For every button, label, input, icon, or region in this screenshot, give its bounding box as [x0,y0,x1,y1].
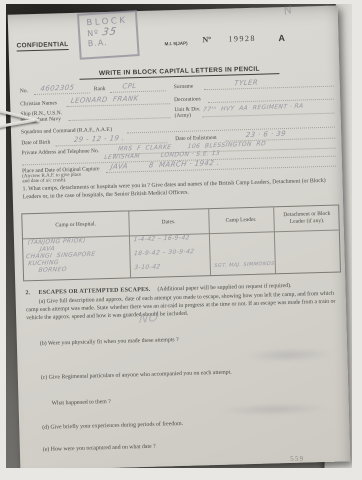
date-of-birth-value: 29 - 12 - 19 . [73,135,125,144]
date-of-enlistment-value: 23 · 6 · 39 [245,131,286,139]
table-header-camp: Camp or Hospital. [23,220,129,230]
photograph-of-pow-form: BLOCK Nº 35 B.A. CONFIDENTIAL M.I. 9(JAP… [0,0,362,480]
block-stamp: BLOCK Nº 35 B.A. [77,10,140,60]
section2-number: 2. [25,290,30,296]
camp-entry: BORNEO [38,267,67,274]
section2b-text: (b) Were you physically fit when you mad… [40,337,179,349]
rank-label: Rank [94,86,106,92]
string-strand [0,119,36,128]
pencil-scrawl-mark: N [282,4,293,17]
form-instruction-heading: WRITE IN BLOCK CAPITAL LETTERS IN PENCIL [79,65,279,80]
section2a-answer: NO [138,311,159,326]
unit-div-fill-line [203,113,335,118]
decorations-label: Decorations [174,96,201,103]
squadron-fill-line [127,127,335,134]
surname-fill-line [204,86,334,91]
dates-entry: 18-9-42 – 30-9-42 [134,249,195,257]
decorations-fill-line [208,99,334,104]
section2-note: (Additional paper will be supplied on re… [157,283,291,293]
page-number: 559 [290,456,304,463]
dates-entry: 3-10-42 [134,264,161,271]
serial-number: 19928 [228,35,256,44]
form-document: BLOCK Nº 35 B.A. CONFIDENTIAL M.I. 9(JAP… [8,5,351,468]
dates-entry: 1-4-42 – 16-9-42 [133,235,190,243]
file-string [0,92,42,144]
capture-label-line3: and date of a/c crash). [22,178,66,185]
stamp-no-prefix: Nº [87,28,99,38]
section2c-followup-text: What happened to them ? [51,399,110,408]
table-header-leader: Camp Leader. [208,216,273,225]
pencil-bleed-smudge [219,402,329,417]
camp-entry: (TANJONG PRIOK) [27,238,86,246]
series-letter: A [278,33,285,43]
rank-fill-line [110,90,166,93]
form-reference: M.I. 9(JAP) [165,41,188,47]
confidential-marking: CONFIDENTIAL [16,41,68,52]
pencil-bleed-smudge [243,347,333,364]
camp-table: Camp or Hospital. Dates. Camp Leader. De… [21,205,341,282]
serial-no-label: Nº [202,36,211,44]
section2e-text: (e) How were you recaptured and on what … [43,444,156,455]
no-value: 4602305 [40,85,75,93]
rank-value: CPL [122,83,137,91]
stamp-line3: B.A. [88,36,138,49]
stamp-no-value: 35 [102,27,118,38]
unit-div-label-line2: (Army) [175,113,192,120]
section2c-text: (c) Give Regimental particulars of anyon… [41,370,232,383]
section2-title: ESCAPES OR ATTEMPTED ESCAPES. [38,287,150,296]
table-header-detachment: Detachment or Block Leader (if any). [275,211,338,227]
unit-div-value: 77ᵗʰ HVY AA REGIMENT · RA [203,104,304,114]
section2a-text: (a) Give full description and approx. da… [26,290,343,322]
date-of-enlistment-label: Date of Enlistment [175,135,217,142]
question-1-text: 1. What camps, detachments or hospitals … [22,178,338,202]
private-address-label: Private Address and Telephone No. [21,148,99,156]
table-header-dates: Dates. [128,218,208,227]
camp-leader-entry: SGT. MAJ. SIMMONDS [214,262,275,269]
surname-label: Surname [174,84,194,91]
ship-fill-line [69,117,171,121]
no-fill-line [34,92,90,95]
surname-value: TYLER [234,80,259,88]
photo-background: BLOCK Nº 35 B.A. CONFIDENTIAL M.I. 9(JAP… [6,4,352,468]
section2d-text: (d) Give briefly your experiences during… [42,421,183,433]
